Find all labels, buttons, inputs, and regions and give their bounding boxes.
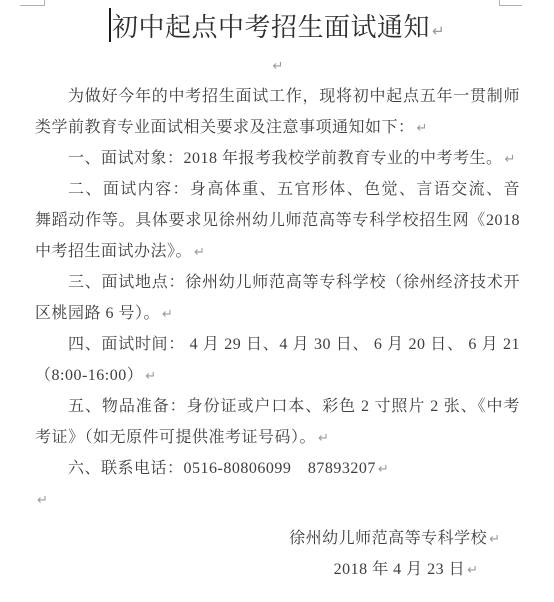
page-title: 初中起点中考招生面试通知 (112, 13, 430, 42)
paragraph-mark-icon: ↵ (467, 563, 478, 578)
item-4-line-2: （8:00-16:00）↵ (35, 360, 520, 391)
item-3-line-1: 三、面试地点：徐州幼儿师范高等专科学校（徐州经济技术开发 (35, 267, 520, 298)
paragraph-mark-icon: ↵ (417, 121, 428, 136)
paragraph-mark-icon: ↵ (194, 245, 205, 260)
intro-line-1: 为做好今年的中考招生面试工作，现将初中起点五年一贯制师范 (35, 81, 520, 112)
item-3-line-2: 区桃园路 6 号）。↵ (35, 298, 520, 329)
item-2-line-2: 舞蹈动作等。具体要求见徐州幼儿师范高等专科学校招生网《2018 年 (35, 205, 520, 236)
paragraph-mark-icon: ↵ (378, 462, 389, 477)
date-line: 2018 年 4 月 23 日↵ (35, 554, 520, 585)
margin-crop-mark-top-right-icon (499, 0, 522, 6)
paragraph-mark-icon: ↵ (318, 431, 329, 446)
signature-line: 徐州幼儿师范高等专科学校↵ (35, 523, 520, 554)
document-title-line: 初中起点中考招生面试通知↵ (0, 0, 554, 50)
paragraph-mark-icon: ↵ (273, 59, 284, 74)
margin-crop-mark-top-left-icon (20, 0, 45, 6)
paragraph-mark-icon: ↵ (145, 369, 156, 384)
item-2-line-1: 二、面试内容：身高体重、五官形体、色觉、言语交流、音乐、 (35, 174, 520, 205)
item-4-line-1: 四、面试时间： 4 月 29 日、4 月 30 日、 6 月 20 日、 6 月… (35, 329, 520, 360)
text-cursor (109, 8, 111, 42)
paragraph-mark-icon: ↵ (37, 493, 48, 508)
item-5-line-2: 考证》（如无原件可提供准考证号码）。↵ (35, 422, 520, 453)
intro-line-2: 类学前教育专业面试相关要求及注意事项通知如下：↵ (35, 112, 520, 143)
item-5-line-1: 五、物品准备：身份证或户口本、彩色 2 寸照片 2 张、《中考准 (35, 391, 520, 422)
paragraph-mark-icon: ↵ (489, 532, 500, 547)
item-2-line-3: 中考招生面试办法》。↵ (35, 236, 520, 267)
empty-paragraph: ↵ (0, 50, 554, 81)
item-1-line-1: 一、面试对象：2018 年报考我校学前教育专业的中考考生。↵ (35, 143, 520, 174)
empty-paragraph: ↵ (35, 484, 520, 515)
paragraph-mark-icon: ↵ (162, 307, 173, 322)
paragraph-mark-icon: ↵ (432, 22, 445, 40)
paragraph-mark-icon: ↵ (505, 152, 516, 167)
document-body: 为做好今年的中考招生面试工作，现将初中起点五年一贯制师范 类学前教育专业面试相关… (35, 81, 520, 585)
item-6-line-1: 六、联系电话：0516-80806099 87893207↵ (35, 453, 520, 484)
document-page[interactable]: 初中起点中考招生面试通知↵ ↵ 为做好今年的中考招生面试工作，现将初中起点五年一… (0, 0, 554, 602)
